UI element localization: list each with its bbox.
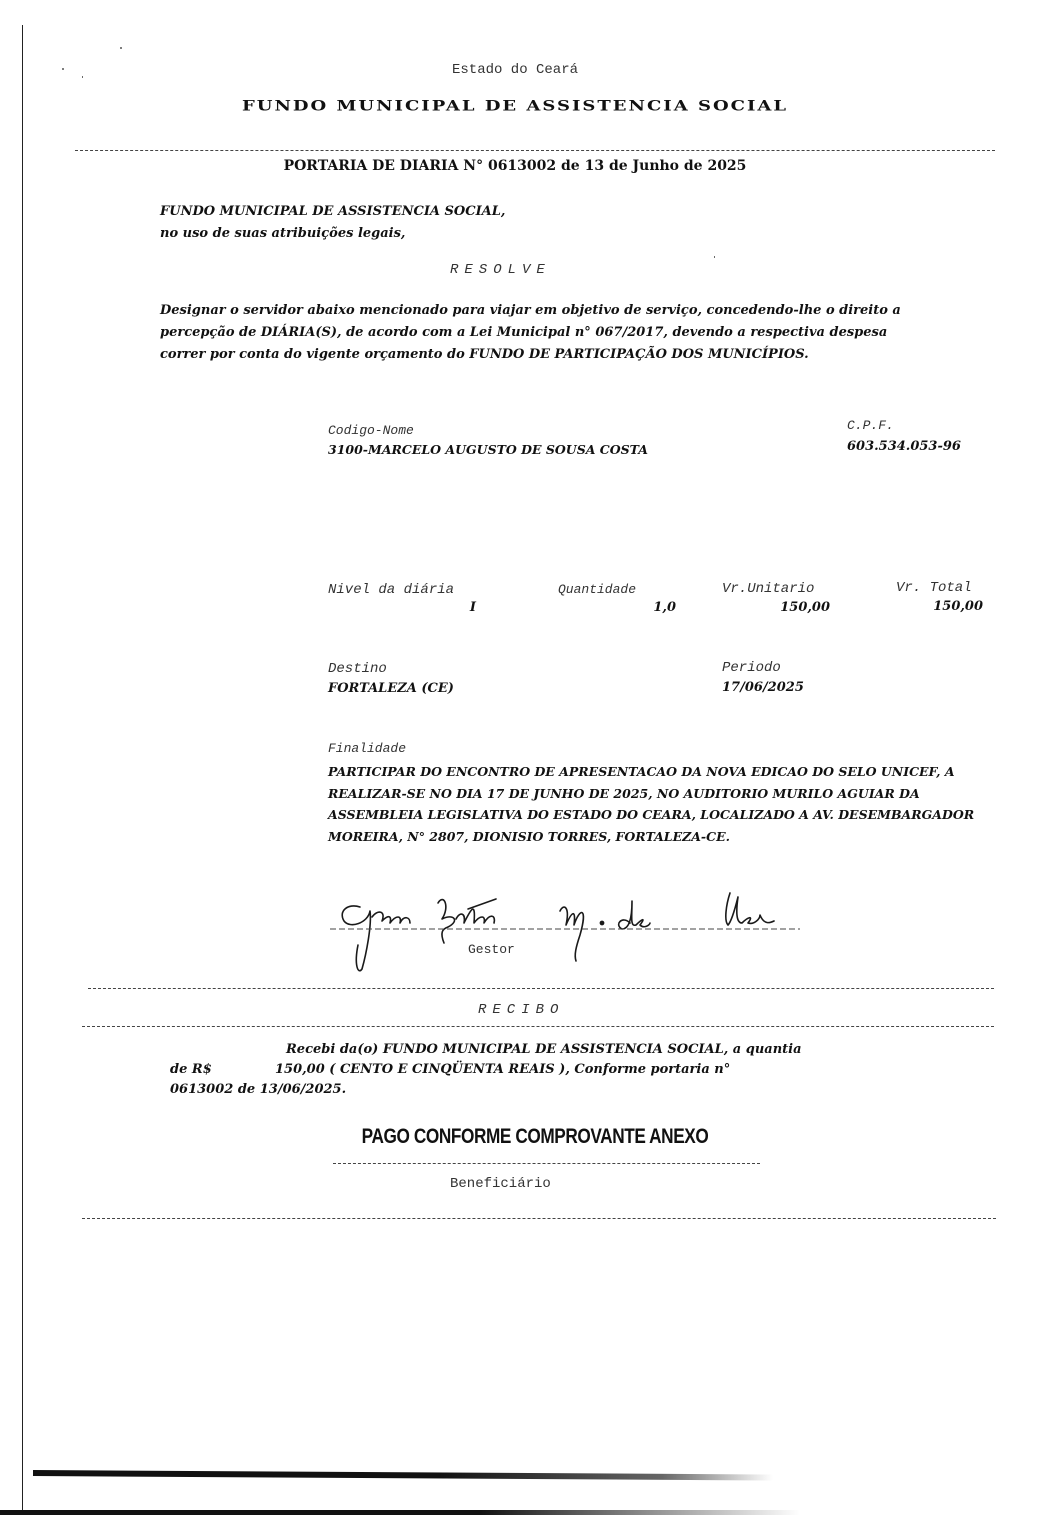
cpf-label: C.P.F. — [847, 418, 894, 433]
vr-unitario-label: Vr.Unitario — [722, 581, 814, 597]
divider — [82, 1218, 996, 1219]
scan-page-edge — [22, 25, 23, 1515]
portaria-title: PORTARIA DE DIARIA N° 0613002 de 13 de J… — [0, 158, 1030, 174]
beneficiary-label: Beneficiário — [450, 1176, 551, 1192]
quantidade-label: Quantidade — [558, 582, 636, 597]
finalidade-text: PARTICIPAR DO ENCONTRO DE APRESENTACAO D… — [328, 761, 1008, 847]
resolve-label: RESOLVE — [450, 262, 551, 278]
paid-stamp: PAGO CONFORME COMPROVANTE ANEXO — [96, 1125, 973, 1149]
periodo-value: 17/06/2025 — [722, 680, 804, 695]
vr-unitario-value: 150,00 — [722, 600, 830, 615]
handwritten-signature: Joana Batista M. da Silva — [330, 885, 800, 975]
scan-speck — [120, 47, 122, 49]
intro-line-1: FUNDO MUNICIPAL DE ASSISTENCIA SOCIAL, — [160, 204, 505, 219]
cpf-value: 603.534.053-96 — [847, 439, 961, 454]
finalidade-label: Finalidade — [328, 741, 406, 756]
divider — [75, 150, 995, 151]
nivel-label: Nivel da diária — [328, 582, 454, 598]
destino-label: Destino — [328, 661, 387, 677]
vr-total-label: Vr. Total — [896, 580, 972, 596]
destino-value: FORTALEZA (CE) — [328, 681, 454, 696]
beneficiary-signature-line — [333, 1163, 760, 1164]
recibo-line-3: 0613002 de 13/06/2025. — [170, 1082, 346, 1097]
gestor-label: Gestor — [468, 942, 515, 957]
quantidade-value: 1,0 — [558, 600, 676, 615]
code-name-value: 3100-MARCELO AUGUSTO DE SOUSA COSTA — [328, 442, 648, 457]
code-name-label: Codigo-Nome — [328, 423, 414, 438]
nivel-value: I — [328, 600, 476, 615]
recibo-currency: de R$ — [170, 1062, 212, 1077]
intro-line-2: no uso de suas atribuições legais, — [160, 226, 405, 241]
divider — [88, 988, 994, 989]
divider — [82, 1026, 994, 1027]
periodo-label: Periodo — [722, 660, 781, 676]
resolution-text: Designar o servidor abaixo mencionado pa… — [160, 300, 920, 366]
state-header: Estado do Ceará — [0, 62, 1030, 78]
recibo-title: RECIBO — [478, 1002, 564, 1018]
vr-total-value: 150,00 — [880, 599, 983, 614]
recibo-line-1: Recebi da(o) FUNDO MUNICIPAL DE ASSISTEN… — [286, 1042, 802, 1057]
recibo-line-2: 150,00 ( CENTO E CINQÜENTA REAIS ), Conf… — [275, 1062, 730, 1077]
organization-title: FUNDO MUNICIPAL DE ASSISTENCIA SOCIAL — [0, 99, 1030, 115]
scan-speck — [714, 256, 715, 258]
scan-artifact-bar — [0, 1510, 800, 1515]
scan-artifact-bar — [33, 1470, 773, 1481]
